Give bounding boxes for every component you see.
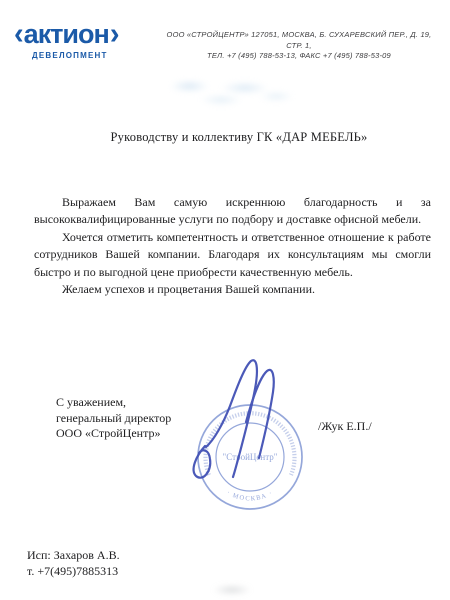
company-address-line1: ООО «СТРОЙЦЕНТР» 127051, МОСКВА, Б. СУХА…	[158, 30, 440, 51]
logo-right-chevron-icon: ›	[110, 19, 119, 49]
faded-stamp-remnant	[150, 76, 308, 110]
company-address-block: ООО «СТРОЙЦЕНТР» 127051, МОСКВА, Б. СУХА…	[158, 30, 440, 62]
letter-body: Выражаем Вам самую искреннюю благодарнос…	[34, 194, 431, 298]
executor-block: Исп: Захаров А.В. т. +7(495)7885313	[27, 548, 120, 579]
executor-phone: т. +7(495)7885313	[27, 564, 120, 580]
closing-line-title: генеральный директор	[56, 411, 171, 427]
paragraph-2: Хочется отметить компетентность и ответс…	[34, 229, 431, 281]
closing-line-regards: С уважением,	[56, 395, 171, 411]
signature-stroke-left-curl	[194, 446, 211, 478]
stamp-center-text: "СтройЦентр"	[223, 452, 278, 462]
company-address-line2: ТЕЛ. +7 (495) 788-53-13, ФАКС +7 (495) 7…	[158, 51, 440, 62]
aktion-logo: ‹ актион › ДЕВЕЛОПМЕНТ	[14, 20, 154, 60]
executor-name: Исп: Захаров А.В.	[27, 548, 120, 564]
signee-name: /Жук Е.П./	[318, 419, 372, 434]
logo-subtitle: ДЕВЕЛОПМЕНТ	[32, 52, 154, 60]
closing-block: С уважением, генеральный директор ООО «С…	[56, 395, 171, 442]
paragraph-3: Желаем успехов и процветания Вашей компа…	[34, 281, 431, 298]
round-stamp: · МОСКВА · "СтройЦентр"	[198, 405, 302, 509]
stamp-and-signature-graphic: · МОСКВА · "СтройЦентр"	[185, 352, 315, 514]
scan-shadow-artifact	[203, 580, 261, 598]
aktion-logo-wordmark: ‹ актион ›	[14, 20, 154, 49]
scanned-letter-page: ‹ актион › ДЕВЕЛОПМЕНТ ООО «СТРОЙЦЕНТР» …	[0, 0, 450, 600]
paragraph-1: Выражаем Вам самую искреннюю благодарнос…	[34, 194, 431, 229]
logo-name: актион	[23, 21, 110, 48]
logo-left-chevron-icon: ‹	[14, 19, 23, 49]
recipient-line: Руководству и коллективу ГК «ДАР МЕБЕЛЬ»	[0, 130, 450, 145]
closing-line-company: ООО «СтройЦентр»	[56, 426, 171, 442]
